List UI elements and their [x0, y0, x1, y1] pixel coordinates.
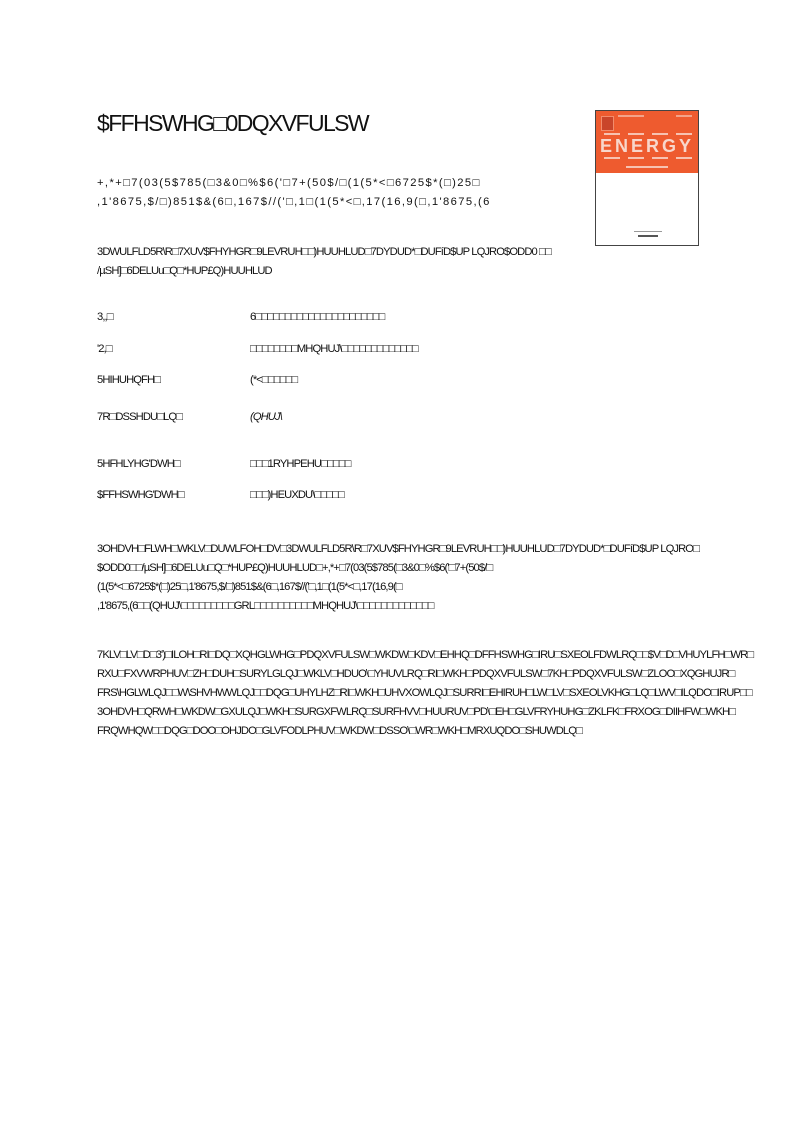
meta-value-pii: 6□□□□□□□□□□□□□□□□□□□□□□: [250, 311, 384, 323]
meta-value-accepted: □□□)HEUXDU\□□□□□: [250, 489, 344, 501]
elsevier-logo-icon: [601, 116, 614, 131]
citation-line: 3OHDVH□FLWH□WKLV□DUWLFOH□DV□3DWULFLD5R\R…: [97, 543, 699, 555]
meta-label-received: 5HFHLYHG'DWH□: [97, 458, 180, 470]
disclaimer-line: FRS\HGLWLQJ□□W\SHVHWWLQJ□□DQG□UHYLHZ□RI□…: [97, 687, 752, 699]
cover-footer: [638, 235, 658, 237]
cover-categories: [604, 133, 692, 135]
cover-image: ENERGY: [595, 110, 699, 246]
disclaimer-line: 3OHDVH□QRWH□WKDW□GXULQJ□WKH□SURGXFWLRQ□S…: [97, 706, 735, 718]
cover-header-line: [618, 115, 644, 117]
meta-label-pii: 3,,□: [97, 311, 113, 323]
meta-value-doi[interactable]: □□□□□□□□MHQHUJ\□□□□□□□□□□□□□: [250, 343, 418, 355]
cover-footer: [634, 231, 662, 232]
citation-line: ,1'8675,(6□□(QHUJ\□□□□□□□□□GRL□□□□□□□□□□…: [97, 600, 433, 612]
meta-label-journal: 7R□DSSHDU□LQ□: [97, 411, 182, 423]
meta-label-reference: 5HIHUHQFH□: [97, 374, 160, 386]
authors-line: 3DWULFLD5R\R□7XUV$FHYHGR□9LEVRUH□□)HUUHL…: [97, 246, 551, 258]
meta-value-journal: (QHUJ\: [250, 411, 282, 423]
meta-value-reference: (*<□□□□□□: [250, 374, 297, 386]
disclaimer-line: FRQWHQW□□DQG□DOO□OHJDO□GLVFODLPHUV□WKDW□…: [97, 725, 582, 737]
meta-label-accepted: $FFHSWHG'DWH□: [97, 489, 184, 501]
paper-title-line: ,1'8675,$/□)851$&(6□,167$//('□,1□(1(5*<□…: [97, 196, 491, 208]
paper-title-line: +,*+□7(03(5$785(□3&0□%$6('□7+(50$/□(1(5*…: [97, 177, 481, 189]
disclaimer-line: 7KLV□LV□D□3')□ILOH□RI□DQ□XQHGLWHG□PDQXVF…: [97, 649, 753, 661]
citation-line: (1(5*<□6725$*(□)25□,1'8675,$/□)851$&(6□,…: [97, 581, 402, 593]
meta-label-doi: '2,□: [97, 343, 112, 355]
journal-name: ENERGY: [600, 136, 694, 157]
citation-line: $ODD0□□/µSH]□6DELUu□Q□*HUP£Q)HUUHLUD□+,*…: [97, 562, 492, 574]
disclaimer-line: RXU□FXVWRPHUV□ZH□DUH□SURYLGLQJ□WKLV□HDUO…: [97, 668, 734, 680]
cover-subtitle: [626, 166, 668, 168]
page-title: $FFHSWHG□0DQXVFULSW: [97, 110, 368, 137]
meta-value-received: □□□1RYHPEHU□□□□□: [250, 458, 350, 470]
cover-header-line: [676, 115, 692, 117]
authors-line: /µSH]□6DELUu□Q□*HUP£Q)HUUHLUD: [97, 265, 272, 277]
cover-categories: [604, 157, 692, 159]
